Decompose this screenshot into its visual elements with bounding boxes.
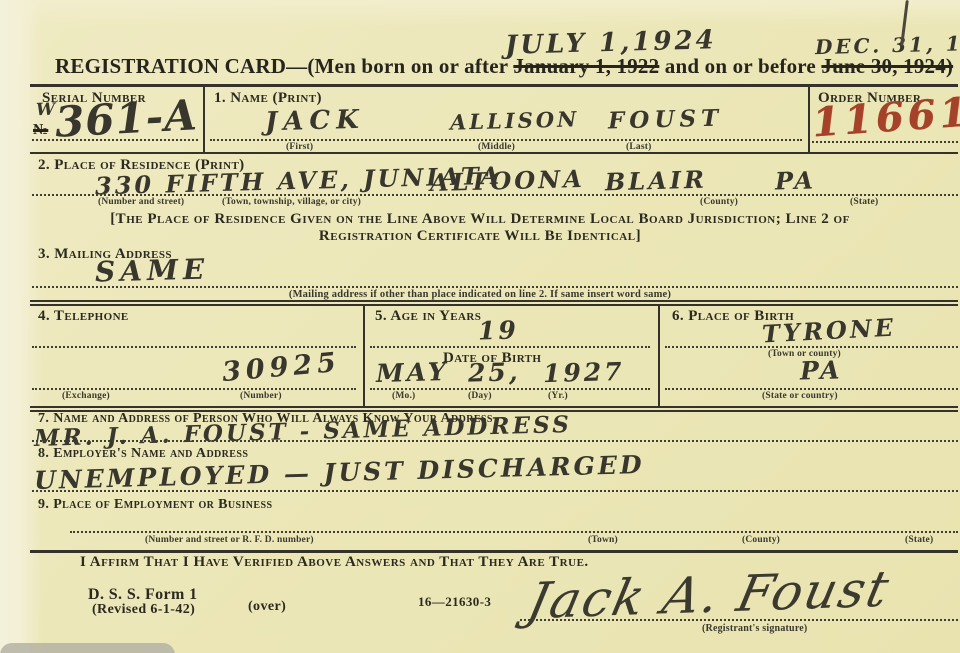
residence-write-line xyxy=(32,194,958,196)
divider-age-birthplace xyxy=(658,306,660,407)
over-note: (over) xyxy=(248,599,286,615)
card-header: REGISTRATION CARD—(Men born on or after … xyxy=(55,54,953,79)
birth-day-value: 25, xyxy=(468,357,521,387)
card-title: REGISTRATION CARD xyxy=(55,54,286,78)
scan-shadow-corner xyxy=(0,643,175,653)
residence-state-value: PA xyxy=(775,165,817,195)
birthplace-town-value: TYRONE xyxy=(761,313,896,349)
telephone-number-line xyxy=(32,388,356,390)
number-caption: (Number) xyxy=(240,391,282,401)
row1-bottom-rule xyxy=(30,152,958,154)
birth-year-value: 1927 xyxy=(543,357,625,388)
age-value: 19 xyxy=(478,315,520,345)
mailing-caption: (Mailing address if other than place ind… xyxy=(0,289,960,300)
age-write-line xyxy=(370,346,650,348)
registration-card: JULY 1,1924 DEC. 31, 19 REGISTRATION CAR… xyxy=(0,0,960,653)
header-clause-middle: and on or before xyxy=(659,54,821,78)
divider-telephone-age xyxy=(363,306,365,407)
affirmation-statement: I Affirm That I Have Verified Above Answ… xyxy=(80,554,589,571)
mailing-write-line xyxy=(32,286,958,288)
age-label: 5. Age in Years xyxy=(375,308,481,325)
employment-state-caption: (State) xyxy=(905,535,933,545)
first-caption: (First) xyxy=(286,142,313,152)
header-rule xyxy=(30,84,958,87)
exchange-caption: (Exchange) xyxy=(62,391,110,401)
divider-name-order xyxy=(808,87,810,152)
middle-caption: (Middle) xyxy=(478,142,515,152)
day-caption: (Day) xyxy=(468,391,492,401)
residence-city-caption: (Town, township, village, or city) xyxy=(222,197,361,207)
birthplace-state-line xyxy=(665,388,958,390)
divider-serial-name xyxy=(203,87,205,152)
serial-write-line xyxy=(32,139,198,141)
employment-county-caption: (County) xyxy=(742,535,780,545)
employment-town-caption: (Town) xyxy=(588,535,618,545)
dob-write-line xyxy=(370,388,650,390)
birthplace-town-line xyxy=(665,346,958,348)
month-caption: (Mo.) xyxy=(392,391,415,401)
residence-state-caption: (State) xyxy=(850,197,878,207)
jurisdiction-note: [The Place of Residence Given on the Lin… xyxy=(70,211,890,246)
telephone-value: 30925 xyxy=(221,347,342,388)
residence-city-value: ALTOONA xyxy=(430,164,585,197)
employer-write-line xyxy=(32,490,958,492)
rule-above-affirmation xyxy=(30,550,958,553)
birth-month-value: MAY xyxy=(376,357,449,388)
residence-street-caption: (Number and street) xyxy=(98,197,184,207)
section-rule-above-telephone xyxy=(30,300,958,306)
header-clause-prefix: —(Men born on or after xyxy=(286,54,513,78)
telephone-exchange-line xyxy=(32,346,356,348)
signature-write-line xyxy=(520,619,958,621)
name-middle-value: ALLISON xyxy=(450,106,580,134)
form-revision: (Revised 6-1-42) xyxy=(92,602,195,618)
name-first-value: JACK xyxy=(265,105,366,138)
employment-write-line xyxy=(70,531,958,533)
employment-label: 9. Place of Employment or Business xyxy=(38,497,272,513)
residence-county-value: BLAIR xyxy=(605,165,708,197)
birthplace-state-value: PA xyxy=(800,355,843,385)
mailing-value: SAME xyxy=(95,253,210,289)
order-write-line xyxy=(812,141,958,143)
telephone-label: 4. Telephone xyxy=(38,308,129,325)
serial-no-symbol: № xyxy=(33,122,48,139)
print-code: 16—21630-3 xyxy=(418,594,491,610)
contact-write-line xyxy=(32,440,958,442)
employer-label: 8. Employer's Name and Address xyxy=(38,446,248,462)
name-write-line xyxy=(210,139,802,141)
year-caption: (Yr.) xyxy=(548,391,568,401)
employment-street-caption: (Number and street or R. F. D. number) xyxy=(145,535,314,545)
struck-end-date: June 30, 1924) xyxy=(821,54,953,78)
residence-county-caption: (County) xyxy=(700,197,738,207)
name-last-value: FOUST xyxy=(608,104,724,134)
signature-caption: (Registrant's signature) xyxy=(702,623,807,634)
birthplace-state-caption: (State or country) xyxy=(762,391,838,401)
struck-start-date: January 1, 1922 xyxy=(513,54,659,78)
name-label: 1. Name (Print) xyxy=(214,90,322,107)
order-number-value: 11661 xyxy=(811,89,960,147)
last-caption: (Last) xyxy=(626,142,651,152)
